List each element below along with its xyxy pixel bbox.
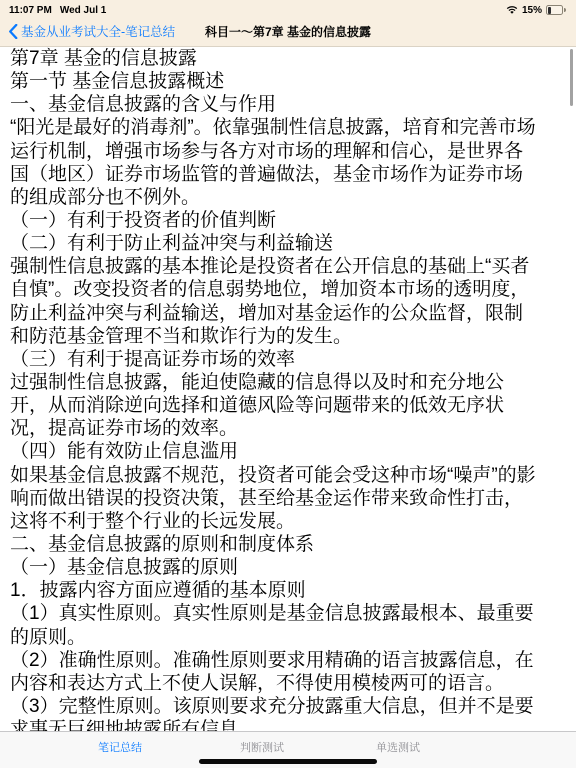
text-line: 强制性信息披露的基本推论是投资者在公开信息的基础上“买者 [10, 255, 570, 278]
chevron-left-icon [8, 24, 18, 39]
note-content[interactable]: 第7章 基金的信息披露 第一节 基金信息披露概述 一、基金信息披露的含义与作用 … [0, 47, 576, 768]
text-line: 过强制性信息披露，能迫使隐藏的信息得以及时和充分地公 [10, 371, 570, 394]
battery-percent: 15% [522, 5, 542, 16]
text-line: 开，从而消除逆向选择和道德风险等问题带来的低效无序状 [10, 394, 570, 417]
bottom-tab-bar: 笔记总结 判断测试 单选测试 [0, 731, 576, 768]
home-indicator[interactable] [199, 759, 377, 764]
text-line: 的原则。 [10, 626, 570, 649]
page-title: 科目一～第7章 基金的信息披露 [205, 23, 371, 40]
text-line: 第7章 基金的信息披露 [10, 47, 570, 70]
back-button[interactable]: 基金从业考试大全-笔记总结 [8, 22, 175, 40]
text-line: 这将不利于整个行业的长远发展。 [10, 510, 570, 533]
tab-judgement-test[interactable]: 判断测试 [240, 739, 284, 755]
back-button-label: 基金从业考试大全-笔记总结 [21, 22, 175, 40]
text-line: 运行机制，增强市场参与各方对市场的理解和信心，是世界各 [10, 140, 570, 163]
text-line: 二、基金信息披露的原则和制度体系 [10, 533, 570, 556]
text-line: （一）有利于投资者的价值判断 [10, 209, 570, 232]
text-line: （1）真实性原则。真实性原则是基金信息披露最根本、最重要 [10, 602, 570, 625]
text-line: 第一节 基金信息披露概述 [10, 70, 570, 93]
text-line: 响而做出错误的投资决策，甚至给基金运作带来致命性打击， [10, 487, 570, 510]
scrollbar[interactable] [570, 49, 573, 106]
text-line: 防止利益冲突与利益输送，增加对基金运作的公众监督，限制 [10, 302, 570, 325]
navigation-bar: 基金从业考试大全-笔记总结 科目一～第7章 基金的信息披露 [0, 20, 576, 46]
text-line: （一）基金信息披露的原则 [10, 556, 570, 579]
top-bar: 11:07 PM Wed Jul 1 15% [0, 0, 576, 47]
text-line: 国（地区）证券市场监管的普遍做法，基金市场作为证券市场 [10, 163, 570, 186]
status-time: 11:07 PM [9, 5, 52, 16]
text-line: （二）有利于防止利益冲突与利益输送 [10, 232, 570, 255]
app-screen: 11:07 PM Wed Jul 1 15% [0, 0, 576, 768]
text-line: 一、基金信息披露的含义与作用 [10, 93, 570, 116]
text-line: （四）能有效防止信息滥用 [10, 440, 570, 463]
text-line: 自慎”。改变投资者的信息弱势地位，增加资本市场的透明度， [10, 278, 570, 301]
text-line: 内容和表达方式上不使人误解，不得使用模棱两可的语言。 [10, 672, 570, 695]
text-line: “阳光是最好的消毒剂”。依靠强制性信息披露，培育和完善市场 [10, 116, 570, 139]
wifi-icon [506, 5, 518, 15]
tab-notes-summary[interactable]: 笔记总结 [98, 739, 142, 755]
text-line: （三）有利于提高证券市场的效率 [10, 348, 570, 371]
tab-single-choice-test[interactable]: 单选测试 [376, 739, 420, 755]
text-line: 的组成部分也不例外。 [10, 186, 570, 209]
text-line: 1．披露内容方面应遵循的基本原则 [10, 579, 570, 602]
text-line: （2）准确性原则。准确性原则要求用精确的语言披露信息，在 [10, 649, 570, 672]
status-date: Wed Jul 1 [60, 5, 107, 16]
status-bar: 11:07 PM Wed Jul 1 15% [0, 0, 576, 20]
text-line: 况，提高证券市场的效率。 [10, 417, 570, 440]
text-line: 如果基金信息披露不规范，投资者可能会受这种市场“噪声”的影 [10, 464, 570, 487]
text-line: 和防范基金管理不当和欺诈行为的发生。 [10, 325, 570, 348]
battery-icon [546, 5, 567, 15]
text-line: （3）完整性原则。该原则要求充分披露重大信息，但并不是要 [10, 695, 570, 718]
